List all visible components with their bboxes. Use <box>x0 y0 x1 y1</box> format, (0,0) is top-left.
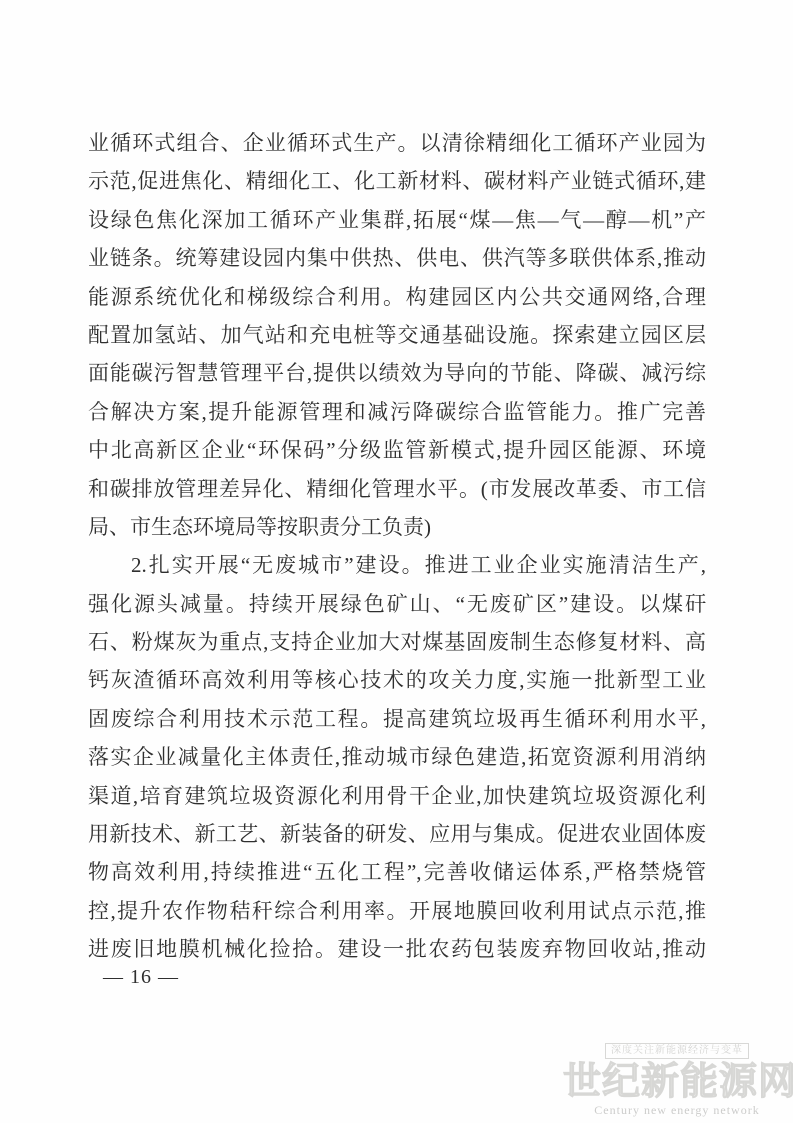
text-line: 局、市生态环境局等按职责分工负责) <box>88 508 706 546</box>
text-line: 业循环式组合、企业循环式生产。以清徐精细化工循环产业园为 <box>88 124 706 162</box>
text-line: 业链条。统筹建设园内集中供热、供电、供汽等多联供体系,推动 <box>88 239 706 277</box>
body-text: 业循环式组合、企业循环式生产。以清徐精细化工循环产业园为 示范,促进焦化、精细化… <box>88 124 706 969</box>
watermark-logo: 世纪新能源网 <box>563 1061 791 1103</box>
text-line: 固废综合利用技术示范工程。提高建筑垃圾再生循环利用水平, <box>88 700 706 738</box>
page-number: — 16 — <box>103 966 179 989</box>
text-line: 物高效利用,持续推进“五化工程”,完善收储运体系,严格禁烧管 <box>88 853 706 891</box>
text-line: 配置加氢站、加气站和充电桩等交通基础设施。探索建立园区层 <box>88 316 706 354</box>
text-line: 设绿色焦化深加工循环产业集群,拓展“煤—焦—气—醇—机”产 <box>88 201 706 239</box>
text-line: 用新技术、新工艺、新装备的研发、应用与集成。促进农业固体废 <box>88 815 706 853</box>
text-line: 落实企业减量化主体责任,推动城市绿色建造,拓宽资源利用消纳 <box>88 738 706 776</box>
text-line: 和碳排放管理差异化、精细化管理水平。(市发展改革委、市工信 <box>88 470 706 508</box>
text-line: 能源系统优化和梯级综合利用。构建园区内公共交通网络,合理 <box>88 278 706 316</box>
text-line: 钙灰渣循环高效利用等核心技术的攻关力度,实施一批新型工业 <box>88 661 706 699</box>
document-page: 业循环式组合、企业循环式生产。以清徐精细化工循环产业园为 示范,促进焦化、精细化… <box>0 0 793 1123</box>
watermark-subtitle: Century new energy network <box>563 1103 791 1118</box>
text-line: 中北高新区企业“环保码”分级监管新模式,提升园区能源、环境 <box>88 431 706 469</box>
text-line: 面能碳污智慧管理平台,提供以绩效为导向的节能、降碳、减污综 <box>88 354 706 392</box>
text-line: 合解决方案,提升能源管理和减污降碳综合监管能力。推广完善 <box>88 393 706 431</box>
text-line: 示范,促进焦化、精细化工、化工新材料、碳材料产业链式循环,建 <box>88 162 706 200</box>
text-line: 渠道,培育建筑垃圾资源化利用骨干企业,加快建筑垃圾资源化利 <box>88 777 706 815</box>
watermark-tagline: 深度关注新能源经济与变革 <box>605 1043 749 1059</box>
text-line-section-heading: 2.扎实开展“无废城市”建设。推进工业企业实施清洁生产, <box>88 546 706 584</box>
text-line: 石、粉煤灰为重点,支持企业加大对煤基固废制生态修复材料、高 <box>88 623 706 661</box>
text-line: 进废旧地膜机械化捡拾。建设一批农药包装废弃物回收站,推动 <box>88 930 706 968</box>
watermark: 深度关注新能源经济与变革 世纪新能源网 Century new energy n… <box>563 1040 791 1118</box>
text-line: 强化源头减量。持续开展绿色矿山、“无废矿区”建设。以煤矸 <box>88 585 706 623</box>
text-line: 控,提升农作物秸秆综合利用率。开展地膜回收利用试点示范,推 <box>88 892 706 930</box>
